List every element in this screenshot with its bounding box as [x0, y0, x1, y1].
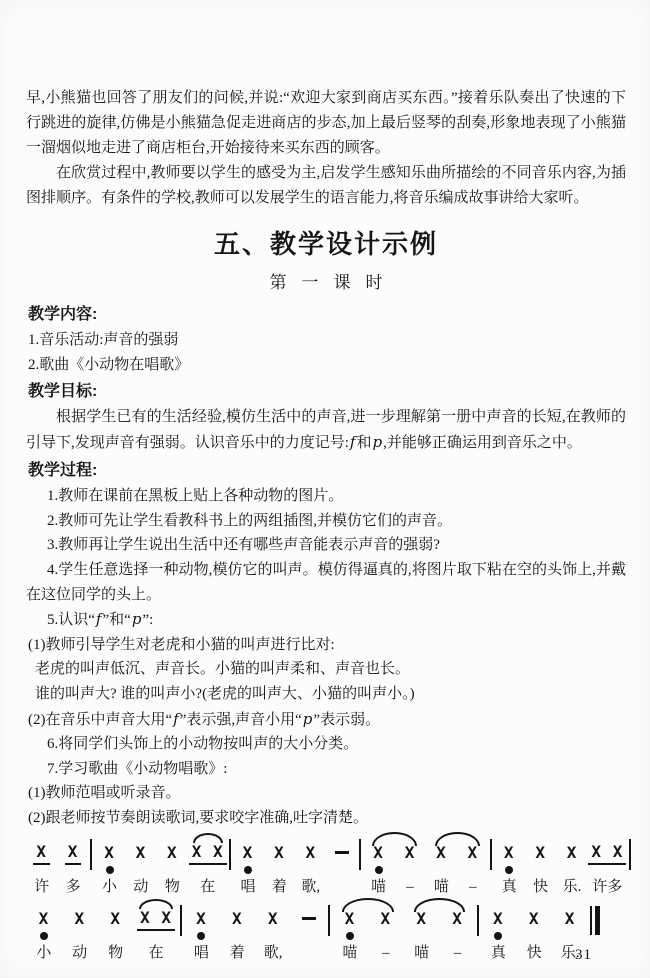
accent-dot — [197, 931, 205, 942]
rhythm-note: X动 — [62, 907, 98, 964]
rhythm-note: X物 — [98, 907, 134, 964]
lyric: 唱 — [194, 942, 209, 964]
x-note-symbol: X — [65, 841, 82, 865]
lyric: 歌, — [301, 876, 320, 898]
intro-paragraph-2: 在欣赏过程中,教师要以学生的感受为主,启发学生感知乐曲所描绘的不同音乐内容,为插… — [26, 161, 626, 211]
lyric: 快 — [527, 942, 542, 964]
barline-stroke — [328, 905, 330, 936]
rhythm-notation: X许X多X小X动X物X X在X唱X着X歌, X喵X–X喵X–X真X快X乐.X X… — [26, 841, 626, 964]
barline — [627, 841, 632, 870]
rhythm-note: X喵 — [363, 841, 394, 898]
rhythm-note: X– — [394, 841, 425, 898]
text-run: ”表示弱。 — [313, 712, 380, 728]
rhythm-note: X着 — [219, 907, 255, 964]
sustain-dash — [302, 907, 316, 931]
lyric: 动 — [133, 876, 148, 898]
lyric: 许 — [34, 876, 49, 898]
lyric — [340, 876, 344, 898]
barline-stroke — [229, 839, 231, 870]
rhythm-note: X乐. — [556, 841, 587, 898]
text-run: 5.认识“ — [47, 612, 95, 628]
accent-dot — [40, 931, 48, 942]
x-note-symbol: X — [167, 841, 178, 865]
text-run: 4.学生任意选择一种动物,模仿它的叫声。模仿得逼真的,将图片取下粘在空的头饰上,… — [26, 562, 626, 603]
text-run: (2)跟老师按节奏朗读歌词,要求咬字准确,吐字清楚。 — [28, 810, 368, 826]
accent-dot-mark — [375, 866, 383, 874]
dash-glyph — [302, 917, 316, 920]
barline-stroke — [180, 905, 182, 936]
slur-arc — [139, 899, 173, 909]
page-number: 31 — [575, 947, 592, 964]
accent-dot-mark — [244, 866, 252, 874]
rhythm-note: X真 — [480, 907, 516, 964]
x-note-symbol: X — [274, 841, 285, 865]
rhythm-note: X真 — [494, 841, 525, 898]
dynamic-mark: f — [172, 710, 180, 728]
barline-stroke — [477, 905, 479, 936]
lyric: 唱 — [240, 876, 255, 898]
rhythm-note: X着 — [264, 841, 295, 898]
x-note-symbol: X — [136, 841, 147, 865]
lyric: 小 — [102, 876, 117, 898]
rhythm-note-pair: X X许多 — [588, 841, 627, 898]
lyric: 在 — [149, 942, 164, 964]
lyric: 物 — [108, 942, 123, 964]
text-run: 3.教师再让学生说出生活中还有哪些声音能表示声音的强弱? — [47, 537, 440, 553]
section-title: 五、教学设计示例 — [26, 224, 626, 261]
x-note-symbol: X — [33, 841, 50, 865]
rhythm-note: X许 — [26, 841, 57, 898]
dash-glyph — [335, 851, 349, 854]
rhythm-note: X歌, — [295, 841, 326, 898]
double-barline-thick — [595, 906, 600, 935]
rhythm-note: X喵 — [426, 841, 457, 898]
rhythm-note-pair: X X在 — [188, 841, 227, 898]
rhythm-note-pair: X X在 — [134, 907, 179, 964]
process-item-5-1a: 老虎的叫声低沉、声音长。小猫的叫声柔和、声音也长。 — [26, 657, 626, 682]
lyric: 快 — [533, 876, 548, 898]
slur-pair: X喵X– — [332, 907, 404, 964]
lyric: 着 — [230, 942, 245, 964]
process-item-5-1: (1)教师引导学生对老虎和小猫的叫声进行比对: — [26, 633, 626, 658]
lyric: – — [406, 876, 414, 898]
accent-dot-mark — [197, 932, 205, 940]
lyric: 歌, — [264, 942, 283, 964]
process-item-2: 2.教师可先让学生看教科书上的两组插图,并模仿它们的声音。 — [26, 509, 626, 534]
rhythm-note — [291, 907, 327, 964]
slur-arc — [414, 898, 466, 912]
lyric: 喵 — [371, 876, 386, 898]
dynamic-mark: p — [131, 610, 143, 628]
rhythm-note: X物 — [157, 841, 188, 898]
rhythm-note: X唱 — [232, 841, 263, 898]
x-note-symbol: X — [39, 907, 50, 931]
x-note-symbol: X — [74, 907, 85, 931]
text-run: 7.学习歌曲《小动物唱歌》: — [47, 761, 227, 777]
slur-pair: X喵X– — [404, 907, 476, 964]
lyric: 小 — [36, 942, 51, 964]
content-item-1: 1.音乐活动:声音的强弱 — [26, 328, 626, 353]
text-run: (1)教师引导学生对老虎和小猫的叫声进行比对: — [28, 637, 335, 653]
lyric: 着 — [272, 876, 287, 898]
lyric: – — [382, 942, 390, 964]
x-note-symbol: X — [104, 841, 115, 865]
slur-pair: X喵X– — [363, 841, 426, 898]
lyric: 许多 — [592, 876, 622, 898]
lyric — [307, 942, 311, 964]
x-note-symbol: X — [565, 907, 576, 931]
x-note-symbol: X — [110, 907, 121, 931]
content-item-2: 2.歌曲《小动物在唱歌》 — [26, 353, 626, 378]
barline-stroke — [359, 839, 361, 870]
lyric: 物 — [165, 876, 180, 898]
content-heading: 教学内容: — [26, 302, 626, 327]
rhythm-note: X多 — [57, 841, 88, 898]
lyric: 乐. — [563, 876, 582, 898]
slur-arc — [435, 832, 480, 846]
rhythm-note: X小 — [94, 841, 125, 898]
x-note-symbol: X — [232, 907, 243, 931]
rhythm-note: X– — [368, 907, 404, 964]
x-note-symbol: X — [535, 841, 546, 865]
rhythm-note: X喵 — [332, 907, 368, 964]
lyric: 喵 — [434, 876, 449, 898]
double-barline-thin — [590, 906, 592, 935]
accent-dot-mark — [505, 866, 513, 874]
text-run: (2)在音乐中声音大用“ — [28, 712, 172, 728]
process-item-7-2: (2)跟老师按节奏朗读歌词,要求咬字准确,吐字清楚。 — [26, 806, 626, 831]
x-note-pair-symbol: X X — [137, 907, 175, 931]
rhythm-note — [327, 841, 358, 898]
text-run: (1)教师范唱或听录音。 — [28, 785, 181, 801]
slur-arc — [342, 898, 394, 912]
rhythm-note: X– — [440, 907, 476, 964]
sustain-dash — [335, 841, 349, 865]
x-note-symbol: X — [567, 841, 578, 865]
lyric: 多 — [66, 876, 81, 898]
lyric: 在 — [200, 876, 215, 898]
rhythm-note: X喵 — [404, 907, 440, 964]
barline-stroke — [90, 839, 92, 870]
x-note-pair-symbol: X X — [189, 841, 227, 865]
process-item-7-1: (1)教师范唱或听录音。 — [26, 781, 626, 806]
process-item-5: 5.认识“f”和“p”: — [26, 607, 626, 633]
text-run: 1.教师在课前在黑板上贴上各种动物的图片。 — [47, 488, 343, 504]
accent-dot — [375, 865, 383, 876]
dynamic-mark: p — [372, 433, 384, 451]
text-run: ”和“ — [102, 612, 130, 628]
lyric: 喵 — [414, 942, 429, 964]
lyric: 真 — [502, 876, 517, 898]
text-run: 2.教师可先让学生看教科书上的两组插图,并模仿它们的声音。 — [47, 513, 452, 529]
lyric: – — [454, 942, 462, 964]
x-note-symbol: X — [493, 907, 504, 931]
accent-dot-mark — [494, 932, 502, 940]
section-subtitle: 第一课时 — [26, 268, 626, 293]
rhythm-note: X动 — [125, 841, 156, 898]
accent-dot-mark — [40, 932, 48, 940]
process-item-6: 6.将同学们头饰上的小动物按叫声的大小分类。 — [26, 732, 626, 757]
accent-dot-mark — [106, 866, 114, 874]
dynamic-mark: p — [302, 710, 314, 728]
book-page: 早,小熊猫也回答了朋友们的问候,并说:“欢迎大家到商店买东西。”接着乐队奏出了快… — [0, 0, 650, 978]
intro-paragraph-1: 早,小熊猫也回答了朋友们的问候,并说:“欢迎大家到商店买东西。”接着乐队奏出了快… — [26, 86, 626, 161]
rhythm-note: X小 — [26, 907, 62, 964]
process-item-4: 4.学生任意选择一种动物,模仿它的叫声。模仿得逼真的,将图片取下粘在空的头饰上,… — [26, 558, 626, 607]
accent-dot-mark — [346, 932, 354, 940]
slur-arc — [193, 833, 223, 843]
process-item-3: 3.教师再让学生说出生活中还有哪些声音能表示声音的强弱? — [26, 533, 626, 558]
slur-pair: X喵X– — [426, 841, 489, 898]
barline-stroke — [629, 839, 631, 870]
accent-dot — [244, 865, 252, 876]
rhythm-note: X快 — [516, 907, 552, 964]
goals-heading: 教学目标: — [26, 379, 626, 404]
process-item-5-2: (2)在音乐中声音大用“f”表示强,声音小用“p”表示弱。 — [26, 707, 626, 733]
rhythm-note: X歌, — [255, 907, 291, 964]
slur-arc — [372, 832, 417, 846]
goals-text: 根据学生已有的生活经验,模仿生活中的声音,进一步理解第一册中声音的长短,在教师的… — [26, 405, 626, 456]
lyric: – — [469, 876, 477, 898]
rhythm-line: X小X动X物X X在X唱X着X歌, X喵X–X喵X–X真X快X乐. — [26, 907, 602, 964]
page-content: 早,小熊猫也回答了朋友们的问候,并说:“欢迎大家到商店买东西。”接着乐队奏出了快… — [0, 0, 650, 973]
lyric: 真 — [491, 942, 506, 964]
lyric: 喵 — [342, 942, 357, 964]
process-item-5-1b: 谁的叫声大? 谁的叫声小?(老虎的叫声大、小猫的叫声小。) — [26, 682, 626, 707]
x-note-symbol: X — [529, 907, 540, 931]
process-item-1: 1.教师在课前在黑板上贴上各种动物的图片。 — [26, 484, 626, 509]
rhythm-line: X许X多X小X动X物X X在X唱X着X歌, X喵X–X喵X–X真X快X乐.X X… — [26, 841, 632, 898]
x-note-symbol: X — [504, 841, 515, 865]
accent-dot — [106, 865, 114, 876]
accent-dot — [505, 865, 513, 876]
x-note-pair-symbol: X X — [588, 841, 626, 865]
lyric: 动 — [72, 942, 87, 964]
x-note-symbol: X — [305, 841, 316, 865]
barline-stroke — [490, 839, 492, 870]
text-run: 和 — [356, 435, 371, 451]
text-run: 谁的叫声大? 谁的叫声小?(老虎的叫声大、小猫的叫声小。) — [35, 686, 415, 702]
text-run: 老虎的叫声低沉、声音长。小猫的叫声柔和、声音也长。 — [35, 661, 410, 677]
text-run: ,并能够正确运用到音乐之中。 — [383, 435, 582, 451]
process-item-7: 7.学习歌曲《小动物唱歌》: — [26, 757, 626, 782]
x-note-symbol: X — [268, 907, 279, 931]
text-run: ”表示强,声音小用“ — [180, 712, 302, 728]
accent-dot — [346, 931, 354, 942]
process-heading: 教学过程: — [26, 458, 626, 483]
x-note-symbol: X — [243, 841, 254, 865]
rhythm-note: X快 — [525, 841, 556, 898]
text-run: 6.将同学们头饰上的小动物按叫声的大小分类。 — [47, 736, 358, 752]
rhythm-note: X– — [457, 841, 488, 898]
rhythm-note: X唱 — [183, 907, 219, 964]
text-run: ”: — [142, 612, 153, 628]
accent-dot — [494, 931, 502, 942]
double-barline — [588, 907, 602, 935]
x-note-symbol: X — [196, 907, 207, 931]
